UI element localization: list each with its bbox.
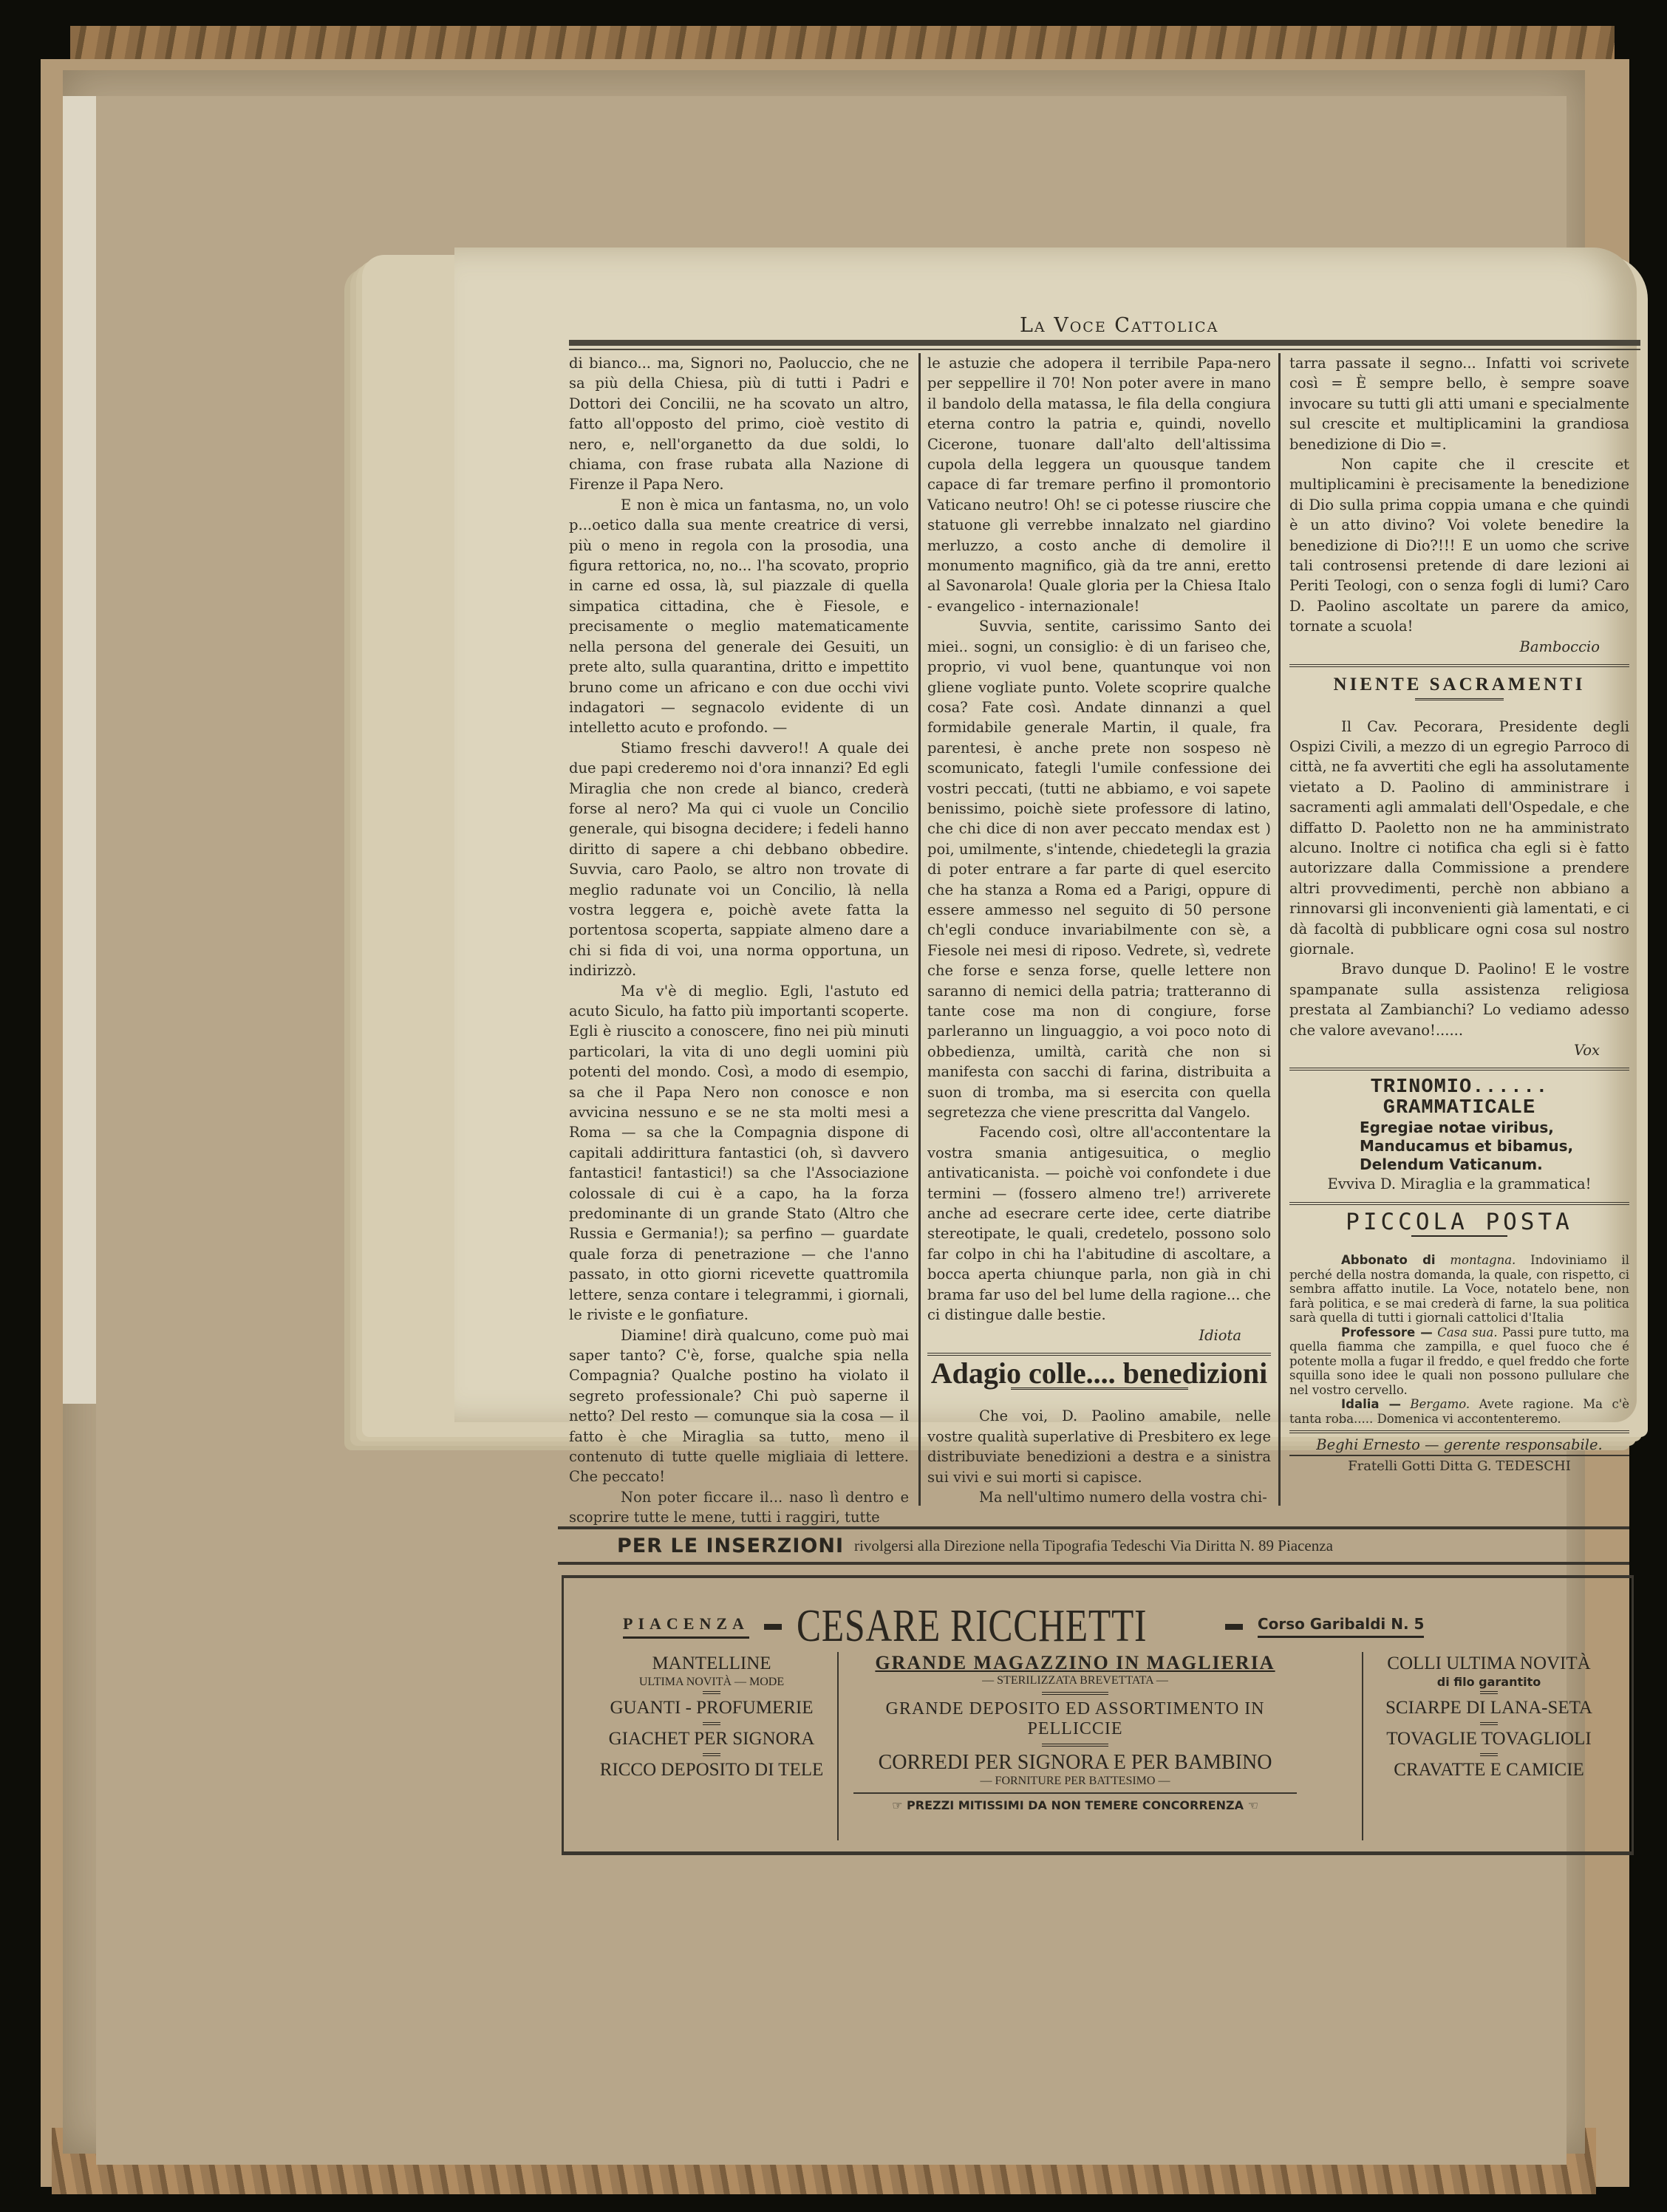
ad-header: PIACENZA CESARE RICCHETTI Corso Garibald…: [564, 1600, 1632, 1653]
paragraph: Che voi, D. Paolino amabile, nelle vostr…: [927, 1406, 1271, 1487]
ad-left-item: RICCO DEPOSITO DI TELE: [593, 1758, 830, 1782]
ad-right-subtitle: di filo garantito: [1363, 1676, 1615, 1689]
ad-center-title: GRANDE MAGAZZINO IN MAGLIERIA: [839, 1652, 1312, 1674]
column-2: le astuzie che adopera il terribile Papa…: [927, 353, 1271, 1507]
inserzioni-label: PER LE INSERZIONI: [558, 1535, 854, 1557]
ad-separator: [1480, 1691, 1498, 1694]
paragraph: Ma v'è di meglio. Egli, l'astuto ed acut…: [569, 981, 909, 1325]
column-1: di bianco... ma, Signori no, Paoluccio, …: [569, 353, 909, 1528]
ad-center-column: GRANDE MAGAZZINO IN MAGLIERIA — STERILIZ…: [837, 1652, 1312, 1840]
section-divider: [927, 1353, 1271, 1356]
article-heading: TRINOMIO...... GRAMMATICALE: [1289, 1078, 1629, 1119]
posta-name: Idalia —: [1341, 1397, 1401, 1411]
ad-center-line: CORREDI PER SIGNORA E PER BAMBINO: [839, 1751, 1312, 1775]
posta-entry: Idalia — Bergamo. Avete ragione. Ma c'è …: [1289, 1397, 1629, 1426]
article-heading: NIENTE SACRAMENTI: [1289, 675, 1629, 694]
paragraph: di bianco... ma, Signori no, Paoluccio, …: [569, 353, 909, 495]
ad-center-line: GRANDE DEPOSITO ED ASSORTIMENTO IN PELLI…: [839, 1699, 1312, 1739]
paragraph: Diamine! dirà qualcuno, come può mai sap…: [569, 1325, 909, 1487]
latin-line: Egregiae notae viribus,: [1360, 1119, 1629, 1137]
paragraph: Suvvia, sentite, carissimo Santo dei mie…: [927, 616, 1271, 1122]
ad-left-column: MANTELLINE ULTIMA NOVITÀ — MODE GUANTI -…: [593, 1652, 830, 1782]
ad-right-item: TOVAGLIE TOVAGLIOLI: [1363, 1727, 1615, 1751]
inserzioni-text: rivolgersi alla Direzione nella Tipograf…: [854, 1537, 1333, 1555]
section-divider: [1289, 1068, 1629, 1071]
posta-entry: Abbonato di montagna. Indoviniamo il per…: [1289, 1253, 1629, 1325]
article-heading: PICCOLA POSTA: [1289, 1212, 1629, 1232]
ad-right-item: CRAVATTE E CAMICIE: [1363, 1758, 1615, 1782]
piccola-posta-list: Abbonato di montagna. Indoviniamo il per…: [1289, 1253, 1629, 1426]
section-divider: [1289, 1430, 1629, 1433]
ad-city: PIACENZA: [623, 1614, 749, 1639]
article-heading: Adagio colle.... benedizioni: [927, 1363, 1271, 1383]
ad-separator: [703, 1691, 720, 1694]
latin-line: Manducamus et bibamus,: [1360, 1137, 1629, 1156]
ad-right-title: COLLI ULTIMA NOVITÀ: [1363, 1652, 1615, 1676]
ad-dash: [764, 1624, 782, 1630]
ad-left-item: GIACHET PER SIGNORA: [593, 1727, 830, 1751]
ad-prices-line: ☞ PREZZI MITISSIMI DA NON TEMERE CONCORR…: [853, 1792, 1297, 1812]
paragraph: E non è mica un fantasma, no, un volo p.…: [569, 495, 909, 738]
paragraph: Facendo così, oltre all'accontentare la …: [927, 1122, 1271, 1325]
ornament-rule: [1415, 698, 1504, 708]
advertisement-box: PIACENZA CESARE RICCHETTI Corso Garibald…: [562, 1575, 1634, 1855]
newspaper-title: La Voce Cattolica: [1020, 314, 1218, 337]
ad-right-content: COLLI ULTIMA NOVITÀ di filo garantito SC…: [1363, 1652, 1615, 1782]
article-signature: Vox: [1289, 1040, 1629, 1060]
column-divider: [1278, 353, 1281, 1506]
paragraph: Non capite che il crescite et multiplica…: [1289, 454, 1629, 637]
ad-center-subtitle: — STERILIZZATA BREVETTATA —: [839, 1674, 1312, 1687]
ad-dash: [1225, 1624, 1243, 1630]
posta-place: Casa sua.: [1437, 1325, 1497, 1339]
pointing-hand-right-icon: ☞: [892, 1798, 902, 1812]
header-rule: [569, 340, 1640, 346]
ornament-rule: [1411, 1235, 1507, 1244]
ad-separator: [1480, 1722, 1498, 1725]
article-signature: Bamboccio: [1289, 637, 1629, 657]
ad-right-item: SCIARPE DI LANA-SETA: [1363, 1696, 1615, 1720]
pointing-hand-left-icon: ☜: [1248, 1798, 1258, 1812]
ad-address: Corso Garibaldi N. 5: [1258, 1615, 1425, 1638]
latin-line: Delendum Vaticanum.: [1360, 1156, 1629, 1174]
section-divider: [1289, 1202, 1629, 1205]
ad-left-title: MANTELLINE: [593, 1652, 830, 1676]
ad-left-subtitle: ULTIMA NOVITÀ — MODE: [593, 1676, 830, 1689]
gerente-line: Beghi Ernesto — gerente responsabile.: [1289, 1435, 1629, 1455]
wrapper-strip: [63, 96, 96, 1404]
ad-merchant: CESARE RICCHETTI: [797, 1600, 1128, 1653]
ad-center-subline: — FORNITURE PER BATTESIMO —: [839, 1775, 1312, 1788]
ad-separator: [703, 1722, 720, 1725]
section-divider: [1289, 664, 1629, 667]
ad-separator: [1042, 1744, 1108, 1747]
column-divider: [918, 353, 921, 1506]
header-rule-thin: [569, 349, 1640, 350]
ad-separator: [1480, 1753, 1498, 1756]
closing-line: Evviva D. Miraglia e la grammatica!: [1289, 1174, 1629, 1194]
printer-line: Fratelli Gotti Ditta G. TEDESCHI: [1289, 1455, 1629, 1476]
posta-place: montagna.: [1450, 1253, 1516, 1267]
ad-right-column: COLLI ULTIMA NOVITÀ di filo garantito SC…: [1362, 1652, 1615, 1840]
posta-entry: Professore — Casa sua. Passi pure tutto,…: [1289, 1325, 1629, 1398]
ad-separator: [1042, 1692, 1108, 1695]
posta-name: Professore —: [1341, 1325, 1433, 1339]
paragraph: Ma nell'ultimo numero della vostra chi-: [927, 1487, 1271, 1507]
inserzioni-banner: PER LE INSERZIONI rivolgersi alla Direzi…: [558, 1526, 1629, 1565]
paragraph: Stiamo freschi davvero!! A quale dei due…: [569, 738, 909, 981]
paragraph: Bravo dunque D. Paolino! E le vostre spa…: [1289, 959, 1629, 1040]
paragraph: tarra passate il segno... Infatti voi sc…: [1289, 353, 1629, 454]
posta-name: Abbonato di: [1341, 1253, 1436, 1267]
ad-separator: [703, 1753, 720, 1756]
ad-prices-text: PREZZI MITISSIMI DA NON TEMERE CONCORREN…: [907, 1798, 1244, 1812]
paragraph: le astuzie che adopera il terribile Papa…: [927, 353, 1271, 616]
article-signature: Idiota: [927, 1325, 1271, 1345]
posta-place: Bergamo.: [1410, 1397, 1470, 1411]
column-3: tarra passate il segno... Infatti voi sc…: [1289, 353, 1629, 1477]
paragraph: Non poter ficcare il... naso lì dentro e…: [569, 1487, 909, 1528]
paragraph: Il Cav. Pecorara, Presidente degli Ospiz…: [1289, 717, 1629, 960]
ad-left-item: GUANTI - PROFUMERIE: [593, 1696, 830, 1720]
